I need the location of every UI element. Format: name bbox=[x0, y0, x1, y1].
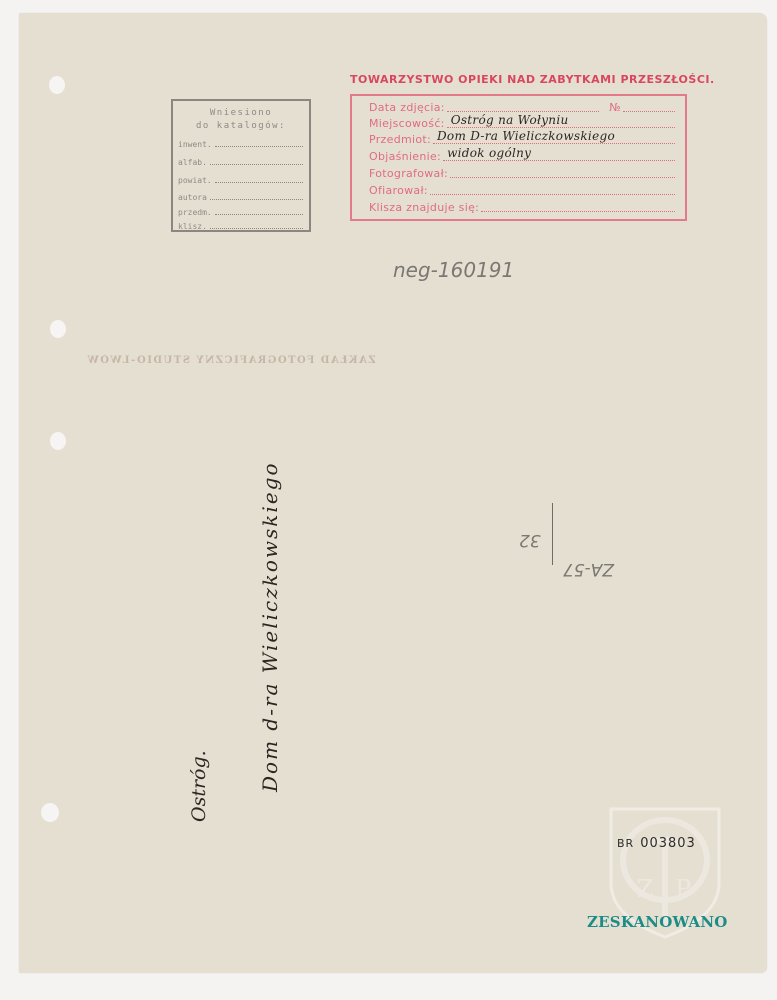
pencil-stroke bbox=[552, 503, 553, 565]
dotted-line bbox=[447, 111, 599, 112]
vertical-handwriting-subject: Dom d-ra Wieliczkowskiego bbox=[258, 461, 282, 792]
dotted-line bbox=[623, 111, 675, 112]
field-label: Miejscowość: bbox=[369, 117, 445, 130]
pencil-mark-upside-down: ZA-57 bbox=[563, 559, 614, 579]
field-value: Ostróg na Wołyniu bbox=[451, 113, 569, 127]
catalog-row: alfab. bbox=[178, 155, 303, 167]
field-row-explanation: Objaśnienie: widok ogólny bbox=[369, 148, 675, 163]
catalog-row: klisz. bbox=[178, 219, 303, 231]
society-stamp-box: Data zdjęcia: № Miejscowość: Ostróg na W… bbox=[350, 94, 687, 221]
catalog-title-line1: Wniesiono bbox=[173, 107, 309, 120]
field-row-photographer: Fotografował: bbox=[369, 165, 675, 180]
catalog-row: inwent. bbox=[178, 137, 303, 149]
field-row-subject: Przedmiot: Dom D-ra Wieliczkowskiego bbox=[369, 131, 675, 146]
field-value: Dom D-ra Wieliczkowskiego bbox=[437, 129, 615, 143]
dotted-line bbox=[215, 182, 303, 183]
catalog-row-label: autora bbox=[178, 193, 207, 202]
catalog-row-label: przedm. bbox=[178, 208, 212, 217]
punch-hole bbox=[50, 432, 66, 450]
catalog-row: autora bbox=[178, 190, 303, 202]
field-label: Ofiarował: bbox=[369, 184, 428, 197]
vertical-handwriting-location: Ostróg. bbox=[188, 750, 210, 822]
punch-hole bbox=[50, 320, 66, 338]
catalog-row: powiat. bbox=[178, 173, 303, 185]
dotted-line bbox=[210, 228, 303, 229]
catalog-stamp-title: Wniesiono do katalogów: bbox=[173, 107, 309, 133]
field-value: widok ogólny bbox=[447, 146, 531, 160]
archive-number-prefix: BR bbox=[617, 837, 634, 850]
dotted-line: widok ogólny bbox=[443, 160, 675, 161]
catalog-row-label: inwent. bbox=[178, 140, 212, 149]
dotted-line bbox=[215, 214, 303, 215]
catalog-stamp: Wniesiono do katalogów: inwent. alfab. p… bbox=[171, 99, 311, 232]
field-label: Data zdjęcia: bbox=[369, 101, 445, 114]
dotted-line bbox=[210, 199, 303, 200]
scanned-stamp: ZESKANOWANO bbox=[587, 913, 728, 931]
field-row-date: Data zdjęcia: № bbox=[369, 99, 675, 114]
archive-number-value: 003803 bbox=[640, 836, 696, 851]
dotted-line bbox=[481, 211, 675, 212]
catalog-row-label: powiat. bbox=[178, 176, 212, 185]
field-row-donor: Ofiarował: bbox=[369, 182, 675, 197]
field-row-negative: Klisza znajduje się: bbox=[369, 199, 675, 214]
punch-hole bbox=[41, 803, 59, 822]
field-label: Fotografował: bbox=[369, 167, 448, 180]
svg-text:Z: Z bbox=[637, 875, 654, 903]
society-stamp-header: TOWARZYSTWO OPIEKI NAD ZABYTKAMI PRZESZŁ… bbox=[350, 73, 700, 86]
field-label: Przedmiot: bbox=[369, 133, 431, 146]
pencil-inventory-number: neg-160191 bbox=[393, 258, 514, 282]
catalog-row: przedm. bbox=[178, 205, 303, 217]
dotted-line bbox=[450, 177, 675, 178]
dotted-line: Ostróg na Wołyniu bbox=[447, 127, 675, 128]
catalog-row-label: klisz. bbox=[178, 222, 207, 231]
dotted-line bbox=[210, 164, 303, 165]
catalog-title-line2: do katalogów: bbox=[173, 120, 309, 133]
field-row-location: Miejscowość: Ostróg na Wołyniu bbox=[369, 115, 675, 130]
archive-number: BR003803 bbox=[617, 836, 696, 851]
number-label: № bbox=[609, 101, 621, 114]
faded-mirror-imprint: ZAKŁAD FOTOGRAFICZNY STUDIO-LWÓW bbox=[86, 355, 376, 366]
dotted-line bbox=[215, 146, 303, 147]
dotted-line bbox=[430, 194, 675, 195]
pencil-mark-upside-down: 32 bbox=[519, 530, 541, 550]
field-label: Objaśnienie: bbox=[369, 150, 441, 163]
svg-text:P: P bbox=[675, 875, 691, 903]
punch-hole bbox=[49, 76, 65, 94]
dotted-line: Dom D-ra Wieliczkowskiego bbox=[433, 143, 675, 144]
field-label: Klisza znajduje się: bbox=[369, 201, 479, 214]
catalog-row-label: alfab. bbox=[178, 158, 207, 167]
